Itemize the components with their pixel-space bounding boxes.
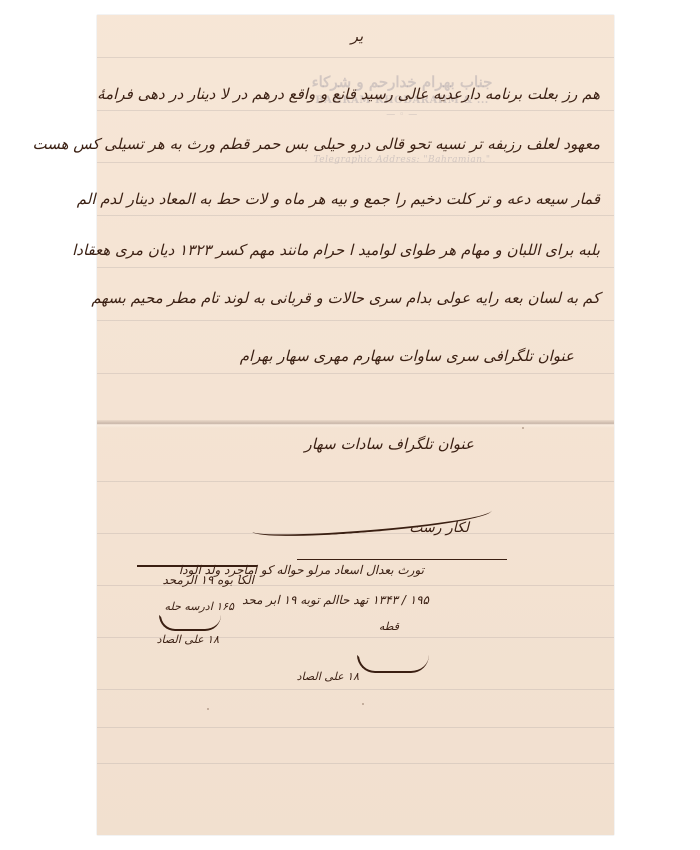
ruled-line <box>97 689 614 690</box>
ruled-line <box>97 215 614 216</box>
note-left-line-3: ۱۸ علی الصاد <box>157 633 219 646</box>
ruled-line <box>97 763 614 764</box>
paper-speck <box>362 703 364 705</box>
note-rule-right <box>297 555 507 560</box>
telegraph-address: عنوان تلگراف سادات سهار <box>304 435 474 453</box>
note-left-flourish <box>159 615 221 631</box>
body-line-5: کم به لسان بعه رایه عولی بدام سری حالات … <box>91 289 600 307</box>
body-line-3: قمار سیعه دعه و تر کلت دخیم را جمع و بیه… <box>77 190 600 208</box>
note-right-line-4: ۱۸ علی الصاد <box>297 670 359 683</box>
paper-speck <box>522 427 524 429</box>
paper-speck <box>207 708 209 710</box>
body-line-2: معهود لعلف رزبفه تر نسیه تحو قالی درو حی… <box>32 135 600 153</box>
ruled-line <box>97 727 614 728</box>
address-line: عنوان تلگرافی سری ساوات سهارم مهری سهار … <box>240 347 574 365</box>
body-line-1: هم رز بعلت برنامه دارعدیه عالی رسید قانع… <box>97 85 600 103</box>
ruled-line <box>97 320 614 321</box>
ruled-line <box>97 57 614 58</box>
body-line-4: بلبه برای اللبان و مهام هر طوای لوامید ا… <box>72 241 600 259</box>
signature: لکار رست <box>409 520 469 536</box>
ruled-line <box>97 481 614 482</box>
header-mark: یر <box>337 27 377 45</box>
letter-page: جناب بهرام خدارحم و شرکاء BAHRAM KHODARA… <box>97 15 614 835</box>
ruled-line <box>97 373 614 374</box>
note-left-line-2: ۱۶۵ ادرسه حله <box>165 600 234 613</box>
letterhead-telegraphic: Telegraphic Address: "Bahramian." <box>277 155 527 165</box>
note-right-flourish <box>357 655 429 673</box>
note-right-line-2: ۱۹۵ / ۱۳۴۳ تهد حاالم توبه ۱۹ ابر محد <box>242 593 429 607</box>
note-right-line-3: قطه <box>379 620 399 633</box>
ruled-line <box>97 267 614 268</box>
note-left-line-1: الکا بوه ۱۹ الرمحد <box>162 573 254 587</box>
paper-fold <box>97 420 614 428</box>
letterhead-ornament: — ◦ — <box>277 110 527 120</box>
